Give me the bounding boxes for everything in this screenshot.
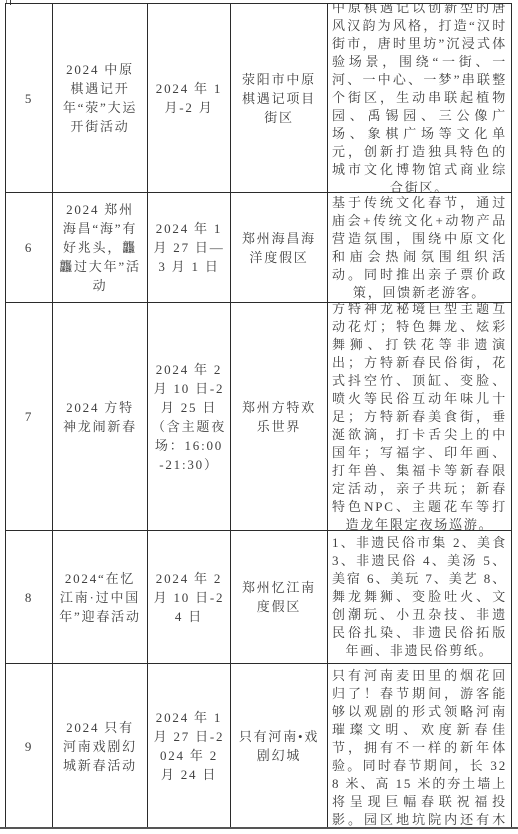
row-number-cell: 6 — [6, 193, 53, 302]
description-cell: 中原棋遇记以创新型的唐风汉韵为风格，打造“汉时街市，唐时里坊”沉浸式体验场景，围… — [328, 4, 511, 192]
description-cell: 基于传统文化春节，通过庙会+传统文化+动物产品营造氛围，围绕中原文化和庙会热闹氛… — [328, 193, 511, 302]
activity-cell: 2024 方特神龙闹新春 — [53, 303, 148, 530]
table-row: 7 2024 方特神龙闹新春 2024 年 2 月 10 日-2 月 25 日 … — [6, 303, 511, 531]
description-cell: 1、非遗民俗市集 2、美食 3、非遗民俗 4、美汤 5、美宿 6、美玩 7、美艺… — [328, 531, 511, 663]
location-cell: 郑州海昌海洋度假区 — [231, 193, 328, 302]
location-cell: 郑州忆江南度假区 — [231, 531, 328, 663]
table-row: 8 2024“在忆江南·过中国年”迎春活动 2024 年 2 月 10 日-24… — [6, 531, 511, 664]
location-cell: 只有河南•戏剧幻城 — [231, 664, 328, 828]
activity-cell: 2024 只有河南戏剧幻城新春活动 — [53, 664, 148, 828]
row-number-cell: 9 — [6, 664, 53, 828]
row-number-cell: 8 — [6, 531, 53, 663]
table-row: 6 2024 郑州海昌“海”有好兆头，龘龘过大年”活动 2024 年 1 月 2… — [6, 193, 511, 303]
events-table: 5 2024 中原棋遇记开年“荥”大运开街活动 2024 年 1 月-2 月 荥… — [5, 3, 512, 828]
date-cell: 2024 年 1 月-2 月 — [148, 4, 231, 192]
location-cell: 郑州方特欢乐世界 — [231, 303, 328, 530]
row-number-cell: 5 — [6, 4, 53, 192]
date-cell: 2024 年 2 月 10 日-24 日 — [148, 531, 231, 663]
scanned-document-page: 5 2024 中原棋遇记开年“荥”大运开街活动 2024 年 1 月-2 月 荥… — [0, 0, 518, 834]
activity-cell: 2024“在忆江南·过中国年”迎春活动 — [53, 531, 148, 663]
row-number-cell: 7 — [6, 303, 53, 530]
date-cell: 2024 年 1 月 27 日—3 月 1 日 — [148, 193, 231, 302]
date-cell: 2024 年 2 月 10 日-2 月 25 日 （含主题夜场：16:00-21… — [148, 303, 231, 530]
activity-cell: 2024 郑州海昌“海”有好兆头，龘龘过大年”活动 — [53, 193, 148, 302]
activity-cell: 2024 中原棋遇记开年“荥”大运开街活动 — [53, 4, 148, 192]
description-cell: 只有河南麦田里的烟花回归了！春节期间，游客能够以观剧的形式领略河南璀璨文明、欢度… — [328, 664, 511, 828]
description-cell: 方特神龙秘境巨型主题互动花灯；特色舞龙、炫彩舞狮、打铁花等非遗演出；方特新春民俗… — [328, 303, 511, 530]
location-cell: 荥阳市中原棋遇记项目街区 — [231, 4, 328, 192]
table-row: 9 2024 只有河南戏剧幻城新春活动 2024 年 1 月 27 日-2024… — [6, 664, 511, 828]
page-bottom-margin — [0, 829, 518, 834]
table-row: 5 2024 中原棋遇记开年“荥”大运开街活动 2024 年 1 月-2 月 荥… — [6, 4, 511, 193]
date-cell: 2024 年 1 月 27 日-2024 年 2 月 24 日 — [148, 664, 231, 828]
